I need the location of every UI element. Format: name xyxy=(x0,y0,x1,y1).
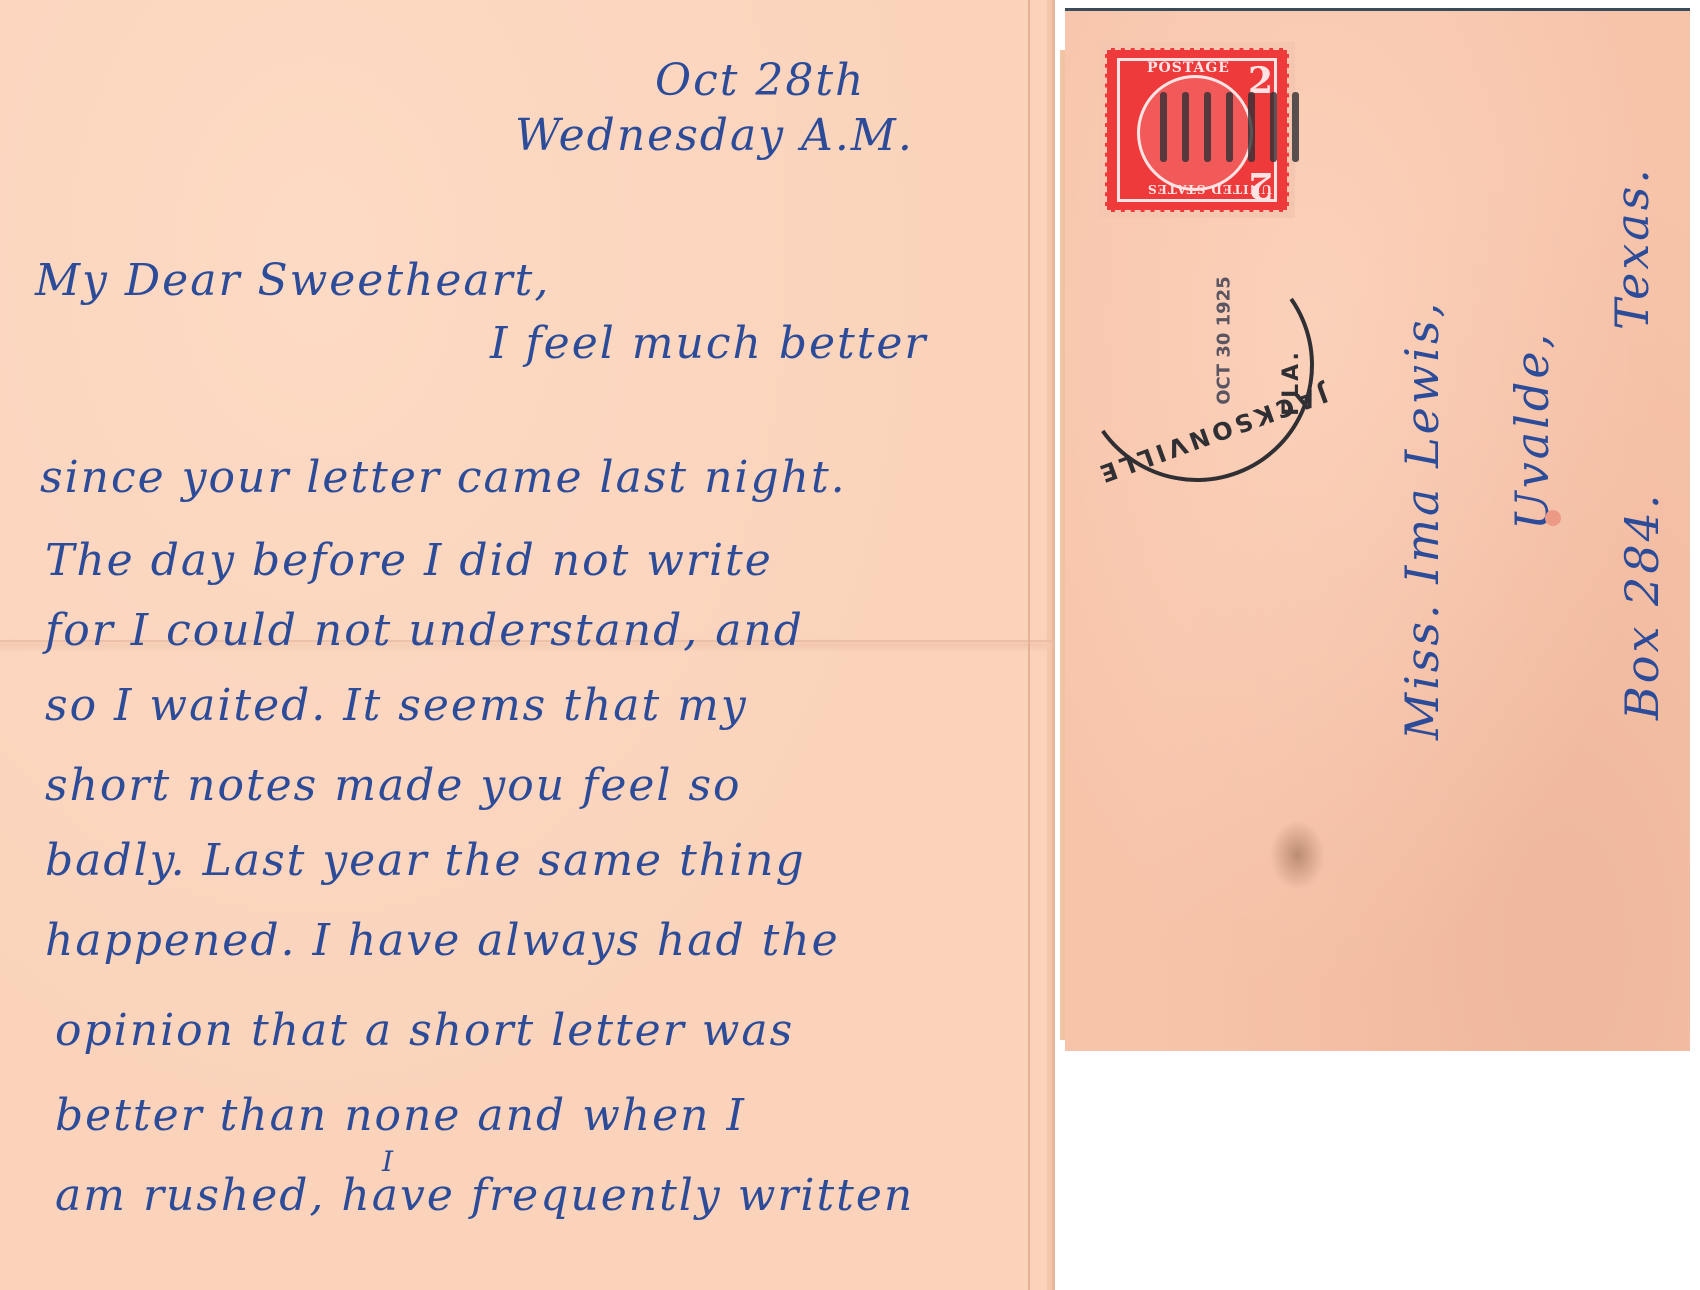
letter-line: for I could not understand, and xyxy=(45,605,804,656)
stamp-value: 2 xyxy=(1248,164,1273,206)
letter-folded-edge xyxy=(1028,0,1030,1290)
letter-line: opinion that a short letter was xyxy=(55,1005,794,1056)
letter-inserted-word: I xyxy=(382,1145,395,1178)
recipient-name: Miss. Ima Lewis, xyxy=(1395,300,1449,740)
letter-line: The day before I did not write xyxy=(45,535,773,586)
cancellation-bars-icon xyxy=(1150,92,1310,162)
letter-line: I feel much better xyxy=(490,318,927,369)
letter-day: Wednesday A.M. xyxy=(515,110,914,161)
letter-line: better than none and when I xyxy=(55,1090,746,1141)
letter-line: short notes made you feel so xyxy=(45,760,742,811)
recipient-box: Box 284. xyxy=(1615,492,1669,720)
letter-salutation: My Dear Sweetheart, xyxy=(35,255,550,306)
letter-line: happened. I have always had the xyxy=(45,915,840,966)
letter-line: badly. Last year the same thing xyxy=(45,835,806,886)
ink-smudge-mark xyxy=(1270,820,1325,890)
postmark-date: OCT 30 1925 xyxy=(1214,276,1235,404)
recipient-city: Uvalde, xyxy=(1505,331,1559,530)
recipient-state: Texas. xyxy=(1605,166,1659,330)
letter-date: Oct 28th xyxy=(655,55,865,106)
letter-line: am rushed, have frequently written xyxy=(55,1170,914,1221)
red-spot-mark xyxy=(1545,510,1561,526)
postmark-state: FLA. xyxy=(1279,349,1304,416)
letter-line: since your letter came last night. xyxy=(40,452,847,503)
letter-line: so I waited. It seems that my xyxy=(45,680,748,731)
stamp-postage-text: POSTAGE xyxy=(1147,60,1230,76)
